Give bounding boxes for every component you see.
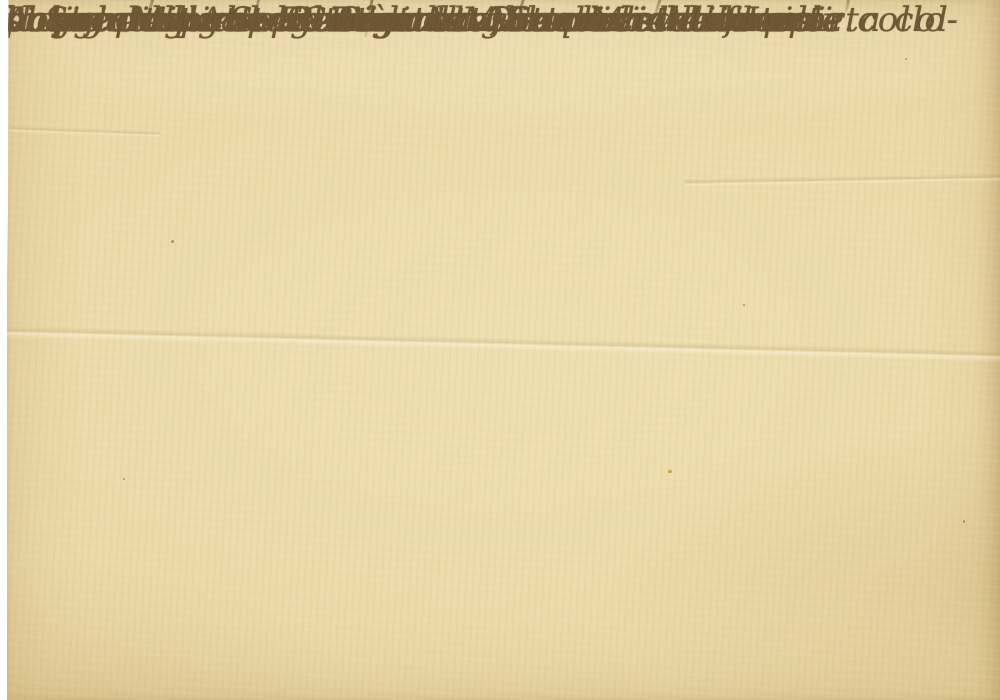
paper-speck	[905, 58, 907, 60]
paper-speck	[963, 520, 965, 523]
letter-paper-sheet: vano, e che S. E. Benito Mussolini desid…	[5, 0, 1000, 700]
fold-crease	[10, 125, 160, 137]
paper-speck	[171, 240, 174, 243]
paper-speck	[743, 304, 745, 306]
fold-crease	[5, 326, 1000, 362]
handwritten-line: cata la targa che ricorda gl'eroi di Ala…	[5, 0, 835, 40]
paper-speck	[668, 470, 672, 473]
scanner-background-edge	[0, 0, 7, 700]
paper-speck	[123, 478, 125, 480]
scanned-letter-page: vano, e che S. E. Benito Mussolini desid…	[0, 0, 1000, 700]
paper-grain-texture	[5, 0, 1000, 700]
fold-crease	[685, 173, 1000, 186]
